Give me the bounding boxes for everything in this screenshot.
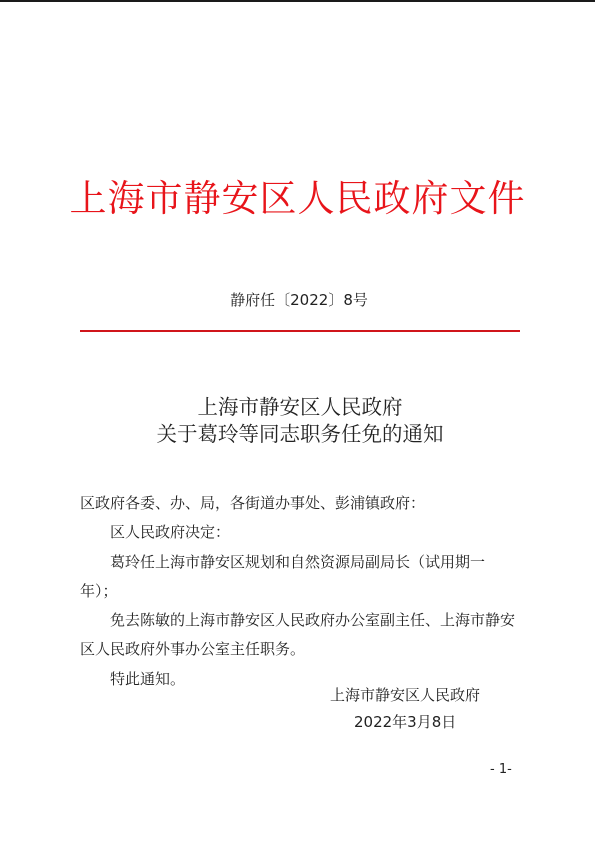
body-paragraph: 免去陈敏的上海市静安区人民政府办公室副主任、上海市静安区人民政府外事办公室主任职… <box>80 606 520 665</box>
page-number: - 1- <box>490 762 512 777</box>
addressee: 区政府各委、办、局，各街道办事处、彭浦镇政府： <box>80 489 520 518</box>
signature-date: 2022年3月8日 <box>354 711 456 732</box>
notice-body: 区政府各委、办、局，各街道办事处、彭浦镇政府： 区人民政府决定： 葛玲任上海市静… <box>80 489 520 694</box>
document-header-title: 上海市静安区人民政府文件 <box>0 168 595 222</box>
red-separator-line <box>80 330 520 332</box>
signature-organization: 上海市静安区人民政府 <box>330 684 480 705</box>
body-paragraph: 区人民政府决定： <box>80 518 520 547</box>
notice-title-line-1: 上海市静安区人民政府 <box>0 394 595 421</box>
body-paragraph: 葛玲任上海市静安区规划和自然资源局副局长（试用期一年）； <box>80 548 520 607</box>
document-number: 静府任〔2022〕8号 <box>0 289 595 310</box>
notice-title: 上海市静安区人民政府 关于葛玲等同志职务任免的通知 <box>0 394 595 448</box>
page-top-border <box>0 0 595 2</box>
notice-title-line-2: 关于葛玲等同志职务任免的通知 <box>0 421 595 448</box>
